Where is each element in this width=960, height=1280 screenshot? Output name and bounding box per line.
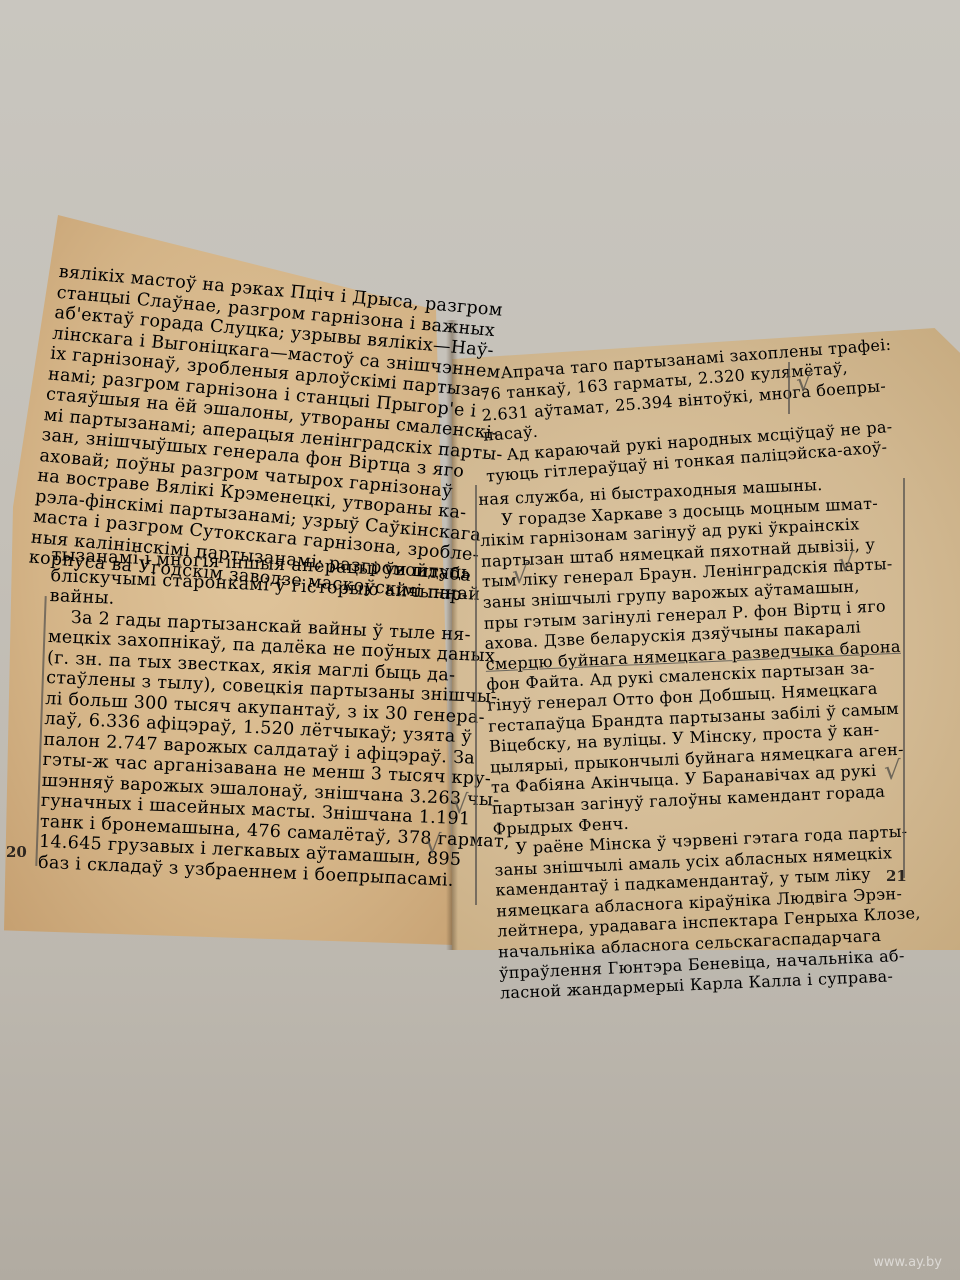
photo-scene: вялікіх мастоў на рэках Пціч і Дрыса, ра…: [0, 0, 960, 1280]
watermark: www.ay.by: [873, 1255, 942, 1270]
check-mark-icon: √: [796, 368, 813, 398]
pencil-margin-line: [475, 485, 477, 905]
check-mark-icon: √: [512, 560, 529, 590]
check-mark-icon: √: [452, 790, 469, 820]
right-page-paragraph-3: ная служба, ні быстраходныя машыны. У го…: [478, 472, 924, 1005]
left-page-paragraph-2: тызанамі і многія іншыя аперацыі ўвойдуц…: [38, 545, 522, 893]
pencil-margin-line: [788, 362, 790, 414]
check-mark-icon: √: [425, 830, 442, 860]
pencil-margin-line: [903, 478, 905, 878]
left-page-number: 20: [6, 843, 27, 861]
check-mark-icon: √: [884, 756, 901, 786]
check-mark-icon: √: [838, 548, 855, 578]
